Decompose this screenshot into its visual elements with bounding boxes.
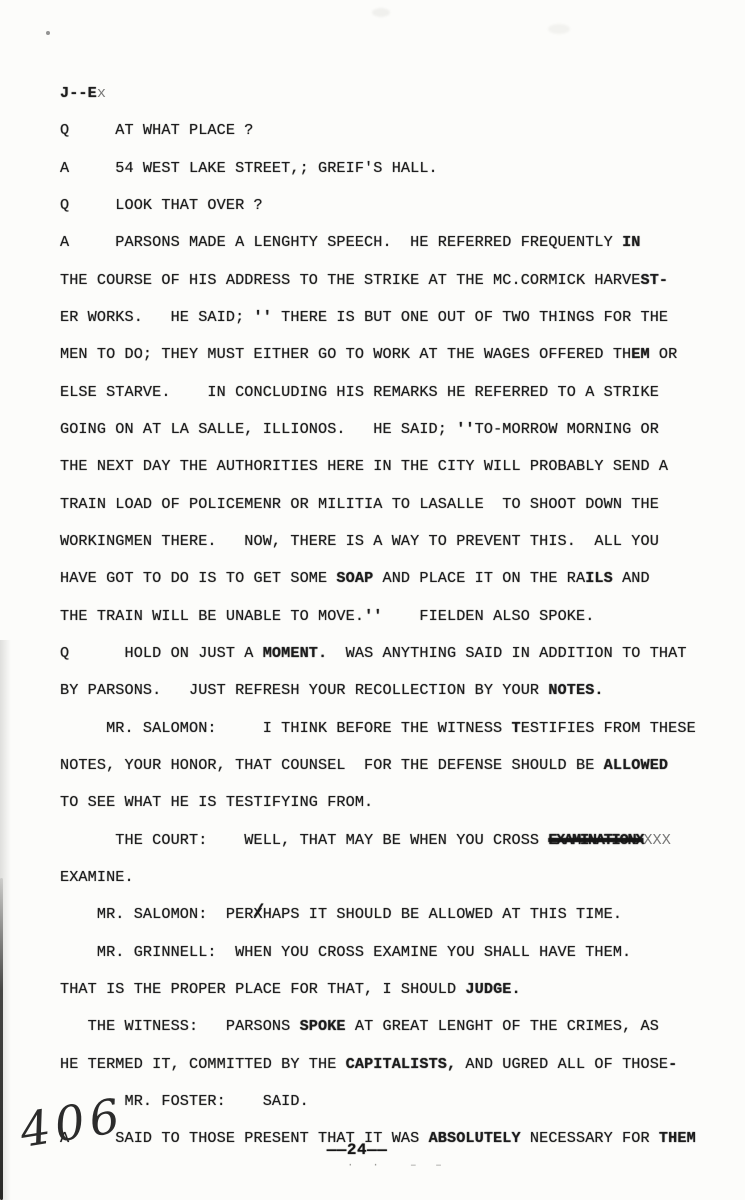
transcript-line: TO SEE WHAT HE IS TESTIFYING FROM. xyxy=(60,784,739,821)
transcript-text: GOING ON AT LA SALLE, ILLIONOS. HE SAID; xyxy=(60,420,456,438)
transcript-text: MEN TO DO; THEY MUST EITHER GO TO WORK A… xyxy=(60,345,631,363)
transcript-text: THE WITNESS: PARSONS xyxy=(60,1017,300,1035)
transcript-text: AT GREAT LENGHT OF THE CRIMES, AS xyxy=(346,1017,659,1035)
transcript-text: ILS xyxy=(585,569,613,587)
transcript-text: IN xyxy=(622,233,640,251)
transcript-line: A 54 WEST LAKE STREET,; GREIF'S HALL. xyxy=(60,150,739,187)
transcript-line: MR. GRINNELL: WHEN YOU CROSS EXAMINE YOU… xyxy=(60,934,739,971)
transcript-line: THE WITNESS: PARSONS SPOKE AT GREAT LENG… xyxy=(60,1008,739,1045)
transcript-line: ELSE STARVE. IN CONCLUDING HIS REMARKS H… xyxy=(60,374,739,411)
transcript-text: EXAMINE. xyxy=(60,868,134,886)
transcript-text: THE NEXT DAY THE AUTHORITIES HERE IN THE… xyxy=(60,457,668,475)
footer-smudge: · · – – xyxy=(347,1160,457,1172)
transcript-line: TRAIN LOAD OF POLICEMENR OR MILITIA TO L… xyxy=(60,486,739,523)
transcript-line: HAVE GOT TO DO IS TO GET SOME SOAP AND P… xyxy=(60,560,739,597)
transcript-text: EXAMINATIONX xyxy=(548,831,643,849)
transcript-line: NOTES, YOUR HONOR, THAT COUNSEL FOR THE … xyxy=(60,747,739,784)
transcript-line: THE TRAIN WILL BE UNABLE TO MOVE.'' FIEL… xyxy=(60,598,739,635)
transcript-text: MR. SALOMON: PER xyxy=(60,905,254,923)
document-page: J--ExQ AT WHAT PLACE ?A 54 WEST LAKE STR… xyxy=(0,0,745,1200)
transcript-line: THAT IS THE PROPER PLACE FOR THAT, I SHO… xyxy=(60,971,739,1008)
transcript-text: ALLOWED xyxy=(604,756,669,774)
transcript-line: WORKINGMEN THERE. NOW, THERE IS A WAY TO… xyxy=(60,523,739,560)
transcript-text: XXX xyxy=(643,831,671,849)
transcript-line: ER WORKS. HE SAID; '' THERE IS BUT ONE O… xyxy=(60,299,739,336)
transcript-text: THERE IS BUT ONE OUT OF TWO THINGS FOR T… xyxy=(272,308,668,326)
transcript-text: '' xyxy=(364,607,382,625)
transcript-text: THE COURSE OF HIS ADDRESS TO THE STRIKE … xyxy=(60,271,640,289)
transcript-line: GOING ON AT LA SALLE, ILLIONOS. HE SAID;… xyxy=(60,411,739,448)
transcript-text: TO SEE WHAT HE IS TESTIFYING FROM. xyxy=(60,793,373,811)
transcript-line: Q AT WHAT PLACE ? xyxy=(60,112,739,149)
transcript-text: MOMENT. xyxy=(263,644,328,662)
transcript-text: WORKINGMEN THERE. NOW, THERE IS A WAY TO… xyxy=(60,532,659,550)
transcript-text: NOTES, YOUR HONOR, THAT COUNSEL FOR THE … xyxy=(60,756,604,774)
transcript-text: - xyxy=(668,1055,677,1073)
transcript-line: BY PARSONS. JUST REFRESH YOUR RECOLLECTI… xyxy=(60,672,739,709)
transcript-text: A PARSONS MADE A LENGHTY SPEECH. HE REFE… xyxy=(60,233,622,251)
transcript-text: NOTES. xyxy=(548,681,603,699)
transcript-line: Q HOLD ON JUST A MOMENT. WAS ANYTHING SA… xyxy=(60,635,739,672)
transcript-text: ELSE STARVE. IN CONCLUDING HIS REMARKS H… xyxy=(60,383,659,401)
transcript-text: AND PLACE IT ON THE RA xyxy=(373,569,585,587)
transcript-text: AND xyxy=(613,569,650,587)
scan-smudge xyxy=(548,24,570,34)
transcript-text: THE COURT: WELL, THAT MAY BE WHEN YOU CR… xyxy=(60,831,548,849)
transcript-text: SOAP xyxy=(336,569,373,587)
transcript-line: A PARSONS MADE A LENGHTY SPEECH. HE REFE… xyxy=(60,224,739,261)
transcript-text: THAT IS THE PROPER PLACE FOR THAT, I SHO… xyxy=(60,980,465,998)
transcript-line: THE COURT: WELL, THAT MAY BE WHEN YOU CR… xyxy=(60,822,739,859)
transcript-text: SPOKE xyxy=(300,1017,346,1035)
transcript-line: THE NEXT DAY THE AUTHORITIES HERE IN THE… xyxy=(60,448,739,485)
transcript-text: OR xyxy=(650,345,678,363)
transcript-line: J--Ex xyxy=(60,75,739,112)
transcript-line: MEN TO DO; THEY MUST EITHER GO TO WORK A… xyxy=(60,336,739,373)
transcript-line: THE COURSE OF HIS ADDRESS TO THE STRIKE … xyxy=(60,262,739,299)
transcript-text: Q HOLD ON JUST A xyxy=(60,644,263,662)
scan-edge-line xyxy=(0,878,3,1200)
transcript-text: Q AT WHAT PLACE ? xyxy=(60,121,254,139)
transcript-text: FIELDEN ALSO SPOKE. xyxy=(383,607,595,625)
transcript-text: EM xyxy=(631,345,649,363)
transcript-text: '' xyxy=(254,308,272,326)
transcript-text: HE TERMED IT, COMMITTED BY THE xyxy=(60,1055,346,1073)
transcript-text: BY PARSONS. JUST REFRESH YOUR RECOLLECTI… xyxy=(60,681,548,699)
transcript-text: WAS ANYTHING SAID IN ADDITION TO THAT xyxy=(327,644,686,662)
transcript-text: Q LOOK THAT OVER ? xyxy=(60,196,263,214)
transcript-line: MR. SALOMON: I THINK BEFORE THE WITNESS … xyxy=(60,710,739,747)
transcript-line: MR. FOSTER: SAID. xyxy=(60,1083,739,1120)
scan-smudge xyxy=(372,8,390,17)
transcript-text: x xyxy=(97,84,106,102)
transcript-line: MR. SALOMON: PERXHAPS IT SHOULD BE ALLOW… xyxy=(60,896,739,933)
transcript-text: J--E xyxy=(60,84,97,102)
transcript-text: JUDGE. xyxy=(465,980,520,998)
transcript-text: A 54 WEST LAKE STREET,; GREIF'S HALL. xyxy=(60,159,438,177)
transcript-text: X xyxy=(254,896,263,933)
transcript-text: THE TRAIN WILL BE UNABLE TO MOVE. xyxy=(60,607,364,625)
transcript-text: CAPITALISTS, xyxy=(346,1055,457,1073)
scan-speck xyxy=(46,31,50,35)
transcript-text: ER WORKS. HE SAID; xyxy=(60,308,254,326)
transcript-text: HAPS IT SHOULD BE ALLOWED AT THIS TIME. xyxy=(263,905,622,923)
transcript-line: Q LOOK THAT OVER ? xyxy=(60,187,739,224)
transcript-line: EXAMINE. xyxy=(60,859,739,896)
transcript-text: TRAIN LOAD OF POLICEMENR OR MILITIA TO L… xyxy=(60,495,659,513)
transcript-text: MR. GRINNELL: WHEN YOU CROSS EXAMINE YOU… xyxy=(60,943,631,961)
transcript-text: ESTIFIES FROM THESE xyxy=(521,719,696,737)
transcript-text: MR. SALOMON: I THINK BEFORE THE WITNESS xyxy=(60,719,512,737)
transcript-text: T xyxy=(512,719,521,737)
transcript-body: J--ExQ AT WHAT PLACE ?A 54 WEST LAKE STR… xyxy=(60,75,739,1158)
transcript-text: '' xyxy=(456,420,474,438)
transcript-text: TO-MORROW MORNING OR xyxy=(475,420,659,438)
transcript-line: HE TERMED IT, COMMITTED BY THE CAPITALIS… xyxy=(60,1046,739,1083)
transcript-text: AND UGRED ALL OF THOSE xyxy=(456,1055,668,1073)
transcript-text: HAVE GOT TO DO IS TO GET SOME xyxy=(60,569,336,587)
transcript-text: ST- xyxy=(640,271,668,289)
